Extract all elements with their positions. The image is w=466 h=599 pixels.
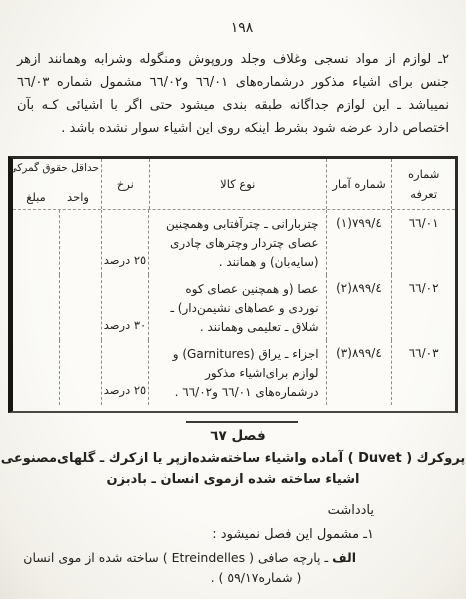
chapter-note-1a: الف ـ پارچه صافی ( Etreindelles ) ساخته … xyxy=(0,550,356,565)
chapter-67-heading: فصل ٦٧ xyxy=(5,428,466,444)
duty-amount-cell xyxy=(13,210,59,275)
stat-number-cell: ٨٩٩/٤(٢) xyxy=(326,275,392,340)
header-duty-title: حداقل حقوق گمرکی xyxy=(15,162,99,174)
header-stat-number: شماره آمار xyxy=(326,159,392,209)
tariff-number-cell: ٦٦/٠١ xyxy=(391,210,455,275)
stat-number-cell: ٧٩٩/٤(١) xyxy=(326,210,392,275)
duty-amount-cell xyxy=(13,275,59,340)
note-item-letter: الف xyxy=(332,550,356,565)
header-rate: نرخ xyxy=(101,159,149,209)
header-duty-amount: مبلغ xyxy=(15,190,57,206)
chapter-title-line1: پروکرك ( Duvet ) آماده واشیاء ساخته‌شده‌… xyxy=(0,448,466,469)
rate-cell: ٣٠ درصد xyxy=(101,275,149,340)
header-duty-unit: واحد xyxy=(57,190,99,206)
duty-amount-cell xyxy=(13,340,59,405)
chapter-67-title: پروکرك ( Duvet ) آماده واشیاء ساخته‌شده‌… xyxy=(0,448,466,490)
table-row-6602: ٦٦/٠٢ ٨٩٩/٤(٢) عصا (و همچنین عصای کوه نو… xyxy=(13,275,455,340)
duty-unit-cell xyxy=(59,340,101,405)
table-row-6601: ٦٦/٠١ ٧٩٩/٤(١) چتربارانی ـ چترآفتابی وهم… xyxy=(13,210,455,275)
header-tariff-line2: تعرفه xyxy=(392,187,455,201)
stat-number-cell: ٨٩٩/٤(٣) xyxy=(326,340,392,405)
chapter-title-line2: اشیاء ساخته شده ازموی انسان ـ بادبزن xyxy=(0,469,466,490)
goods-description-cell: چتربارانی ـ چترآفتابی وهمچنین عصای چتردا… xyxy=(148,210,325,275)
chapter66-note-paragraph: ٢ـ لوازم از مواد نسجی وغلاف وجلد وروپوش … xyxy=(17,48,449,140)
header-min-customs-duty: حداقل حقوق گمرکی واحد مبلغ xyxy=(13,159,101,209)
header-tariff-number: شماره تعرفه xyxy=(391,159,455,209)
section-divider xyxy=(186,421,298,423)
note-item-text: ـ پارچه صافی ( Etreindelles ) ساخته شده … xyxy=(23,550,332,565)
goods-description-cell: اجزاء ـ یراق (Garnitures) و لوازم برای‌ا… xyxy=(148,340,325,405)
tariff-table: شماره تعرفه شماره آمار نوع کالا نرخ حداق… xyxy=(8,156,458,413)
table-body: ٦٦/٠١ ٧٩٩/٤(١) چتربارانی ـ چترآفتابی وهم… xyxy=(13,210,455,411)
notes-label: یادداشت xyxy=(0,503,374,518)
header-duty-subcolumns: واحد مبلغ xyxy=(15,182,99,206)
header-goods-type: نوع کالا xyxy=(149,159,326,209)
page-number: ١٩٨ xyxy=(9,20,466,36)
chapter-note-1: ١ـ مشمول این فصل نمیشود : xyxy=(0,527,374,542)
duty-unit-cell xyxy=(59,210,101,275)
table-header-row: شماره تعرفه شماره آمار نوع کالا نرخ حداق… xyxy=(13,159,455,210)
rate-cell: ٢٥ درصد xyxy=(101,210,149,275)
goods-description-cell: عصا (و همچنین عصای کوه نوردی و عصاهای نش… xyxy=(148,275,325,340)
tariff-number-cell: ٦٦/٠٣ xyxy=(391,340,455,405)
note-1a-reference: ( شماره٥٩/١٧ ) . xyxy=(23,570,466,585)
duty-unit-cell xyxy=(59,275,101,340)
tariff-number-cell: ٦٦/٠٢ xyxy=(391,275,455,340)
table-row-6603: ٦٦/٠٣ ٨٩٩/٤(٣) اجزاء ـ یراق (Garnitures)… xyxy=(13,340,455,405)
scanned-document-page: ١٩٨ ٢ـ لوازم از مواد نسجی وغلاف وجلد ورو… xyxy=(0,0,466,599)
header-tariff-line1: شماره xyxy=(392,167,455,181)
rate-cell: ٢٥ درصد xyxy=(101,340,149,405)
